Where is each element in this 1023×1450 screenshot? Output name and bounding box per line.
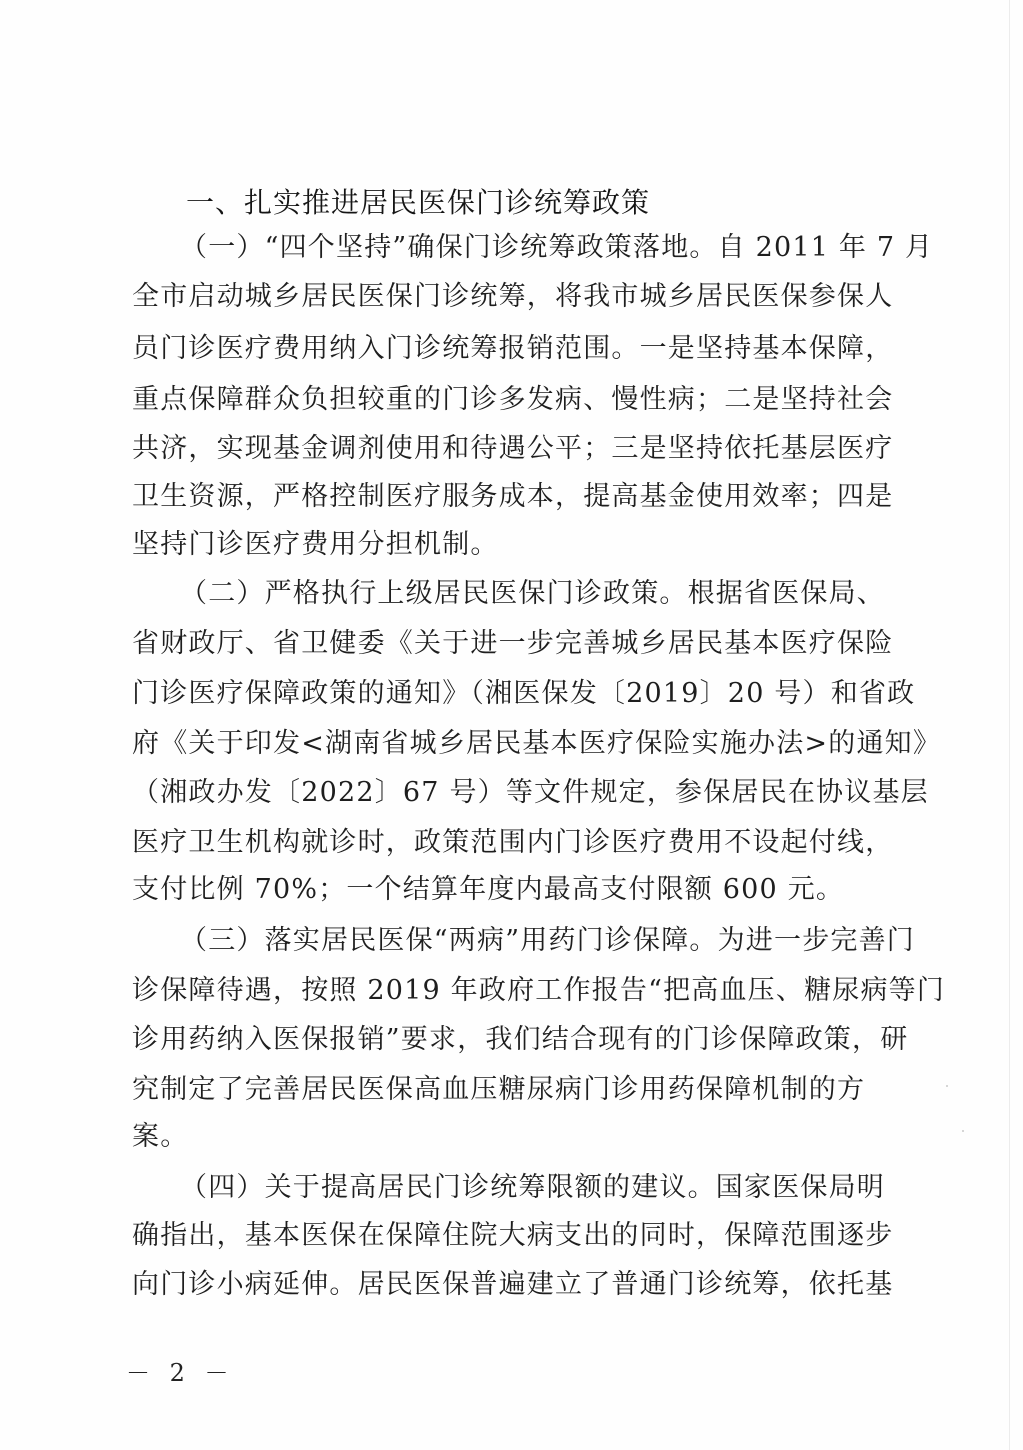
text-line: （三）落实居民医保“两病”用药门诊保障。为进一步完善门	[180, 924, 872, 958]
text-line: 门诊医疗保障政策的通知》（湘医保发〔2019〕20 号）和省政	[132, 677, 874, 711]
text-line: 诊用药纳入医保报销”要求，我们结合现有的门诊保障政策，研	[132, 1023, 874, 1057]
page-number: － 2 －	[126, 1358, 235, 1388]
text-line: 员门诊医疗费用纳入门诊统筹报销范围。一是坚持基本保障，	[132, 332, 874, 366]
text-line: 全市启动城乡居民医保门诊统筹，将我市城乡居民医保参保人	[132, 280, 874, 314]
section-heading: 一、扎实推进居民医保门诊统筹政策	[186, 185, 650, 221]
text-line: 案。	[132, 1120, 188, 1154]
text-line: 省财政厅、省卫健委《关于进一步完善城乡居民基本医疗保险	[132, 627, 874, 661]
text-line: （二）严格执行上级居民医保门诊政策。根据省医保局、	[180, 577, 872, 611]
text-line: 坚持门诊医疗费用分担机制。	[132, 528, 499, 562]
text-line: 支付比例 70%；一个结算年度内最高支付限额 600 元。	[132, 873, 844, 907]
text-line: 府《关于印发<湖南省城乡居民基本医疗保险实施办法>的通知》	[132, 727, 874, 761]
text-line: 诊保障待遇，按照 2019 年政府工作报告“把高血压、糖尿病等门	[132, 974, 874, 1008]
text-line: 确指出，基本医保在保障住院大病支出的同时，保障范围逐步	[132, 1219, 874, 1253]
text-line: 卫生资源，严格控制医疗服务成本，提高基金使用效率；四是	[132, 480, 874, 514]
scan-speck	[962, 1130, 964, 1132]
text-line: 共济，实现基金调剂使用和待遇公平；三是坚持依托基层医疗	[132, 432, 874, 466]
scan-speck	[946, 1085, 948, 1087]
text-line: （一）“四个坚持”确保门诊统筹政策落地。自 2011 年 7 月	[180, 231, 872, 265]
text-line: 重点保障群众负担较重的门诊多发病、慢性病；二是坚持社会	[132, 383, 874, 417]
document-page: 一、扎实推进居民医保门诊统筹政策 （一）“四个坚持”确保门诊统筹政策落地。自 2…	[0, 0, 1023, 1450]
text-line: （四）关于提高居民门诊统筹限额的建议。国家医保局明	[180, 1171, 872, 1205]
text-line: （湘政办发〔2022〕67 号）等文件规定，参保居民在协议基层	[132, 776, 874, 810]
text-line: 向门诊小病延伸。居民医保普遍建立了普通门诊统筹，依托基	[132, 1268, 874, 1302]
text-line: 究制定了完善居民医保高血压糖尿病门诊用药保障机制的方	[132, 1073, 865, 1107]
scan-edge-line	[1009, 0, 1010, 1450]
text-line: 医疗卫生机构就诊时，政策范围内门诊医疗费用不设起付线，	[132, 826, 874, 860]
